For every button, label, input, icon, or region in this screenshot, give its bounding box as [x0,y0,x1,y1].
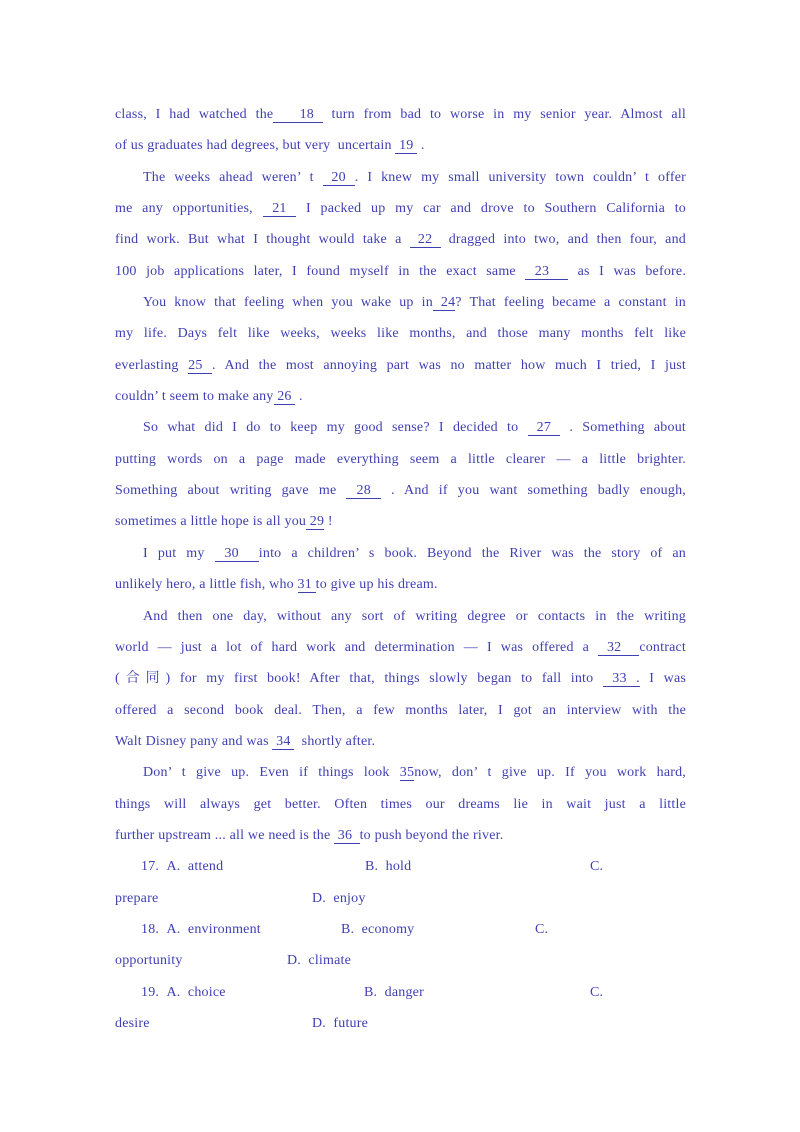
cloze-blank: 26 [274,389,296,405]
text-run: to give up his dream. [316,577,438,592]
options-line: 18. A. environmentB. economyC. [115,914,686,945]
cloze-blank: 29 [306,514,324,530]
text-line: The weeks ahead weren’ t 20 . I knew my … [115,162,686,193]
text-line: me any opportunities, 21 I packed up my … [115,193,686,224]
option-cell: B. economy [341,914,414,945]
text-line: find work. But what I thought would take… [115,224,686,255]
option-cell: B. hold [365,851,411,882]
cloze-blank: 32 [598,640,639,656]
text-run: shortly after. [294,734,375,749]
text-run: unlikely hero, a little fish, who [115,577,298,592]
text-run: me any opportunities, [115,201,263,216]
text-line: class, I had watched the 18 turn from ba… [115,99,686,130]
cloze-blank: 21 [263,201,297,217]
cloze-blank: 24 [433,295,455,311]
text-line: I put my 30 into a children’ s book. Bey… [115,538,686,569]
text-run: You know that feeling when you wake up i… [143,295,433,310]
text-line: couldn’ t seem to make any 26 . [115,381,686,412]
exam-document-page: class, I had watched the 18 turn from ba… [0,0,800,1132]
text-run: now, don’ t give up. If you work hard, [414,765,686,780]
text-run: couldn’ t seem to make any [115,389,274,404]
option-cell: D. future [312,1008,368,1039]
text-run: I packed up my car and drove to Southern… [296,201,686,216]
text-line: of us graduates had degrees, but very un… [115,130,686,161]
option-cell: prepare [115,883,158,914]
cloze-blank: 33 . [603,671,640,687]
cloze-blank: 25 [188,358,212,374]
options-line: 19. A. choiceB. dangerC. [115,977,686,1008]
text-run: as I was before. [568,264,686,279]
text-run: ? That feeling became a constant in [455,295,686,310]
option-cell: C. [535,914,548,945]
document-lines: class, I had watched the 18 turn from ba… [115,99,686,1039]
cloze-blank: 30 [215,546,259,562]
text-run: find work. But what I thought would take… [115,232,410,247]
text-run: Something about writing gave me [115,483,346,498]
text-line: You know that feeling when you wake up i… [115,287,686,318]
text-line: Something about writing gave me 28 . And… [115,475,686,506]
text-run: Walt Disney pany and was [115,734,272,749]
text-line: offered a second book deal. Then, a few … [115,695,686,726]
option-cell: 19. A. choice [141,977,226,1008]
text-line: unlikely hero, a little fish, who 31 to … [115,569,686,600]
text-run: Don’ t give up. Even if things look [143,765,400,780]
text-line: So what did I do to keep my good sense? … [115,412,686,443]
text-line: things will always get better. Often tim… [115,789,686,820]
option-cell: opportunity [115,945,183,976]
cloze-blank: 22 [410,232,441,248]
cloze-blank: 20 [323,170,355,186]
option-cell: B. danger [364,977,424,1008]
text-run: . [417,138,424,153]
text-run: further upstream ... all we need is the [115,828,334,843]
text-run: dragged into two, and then four, and [441,232,686,247]
text-run: contract [639,640,686,655]
cloze-blank: 23 [525,264,568,280]
option-cell: 18. A. environment [141,914,261,945]
text-run: of us graduates had degrees, but very un… [115,138,395,153]
option-cell: D. enjoy [312,883,366,914]
text-run: everlasting [115,358,188,373]
text-run: putting words on a page made everything … [115,452,686,467]
text-run: ! [324,514,333,529]
text-run: sometimes a little hope is all you [115,514,306,529]
text-line: And then one day, without any sort of wr… [115,601,686,632]
text-line: everlasting 25 . And the most annoying p… [115,350,686,381]
text-run: my life. Days felt like weeks, weeks lik… [115,326,686,341]
option-cell: 17. A. attend [141,851,223,882]
option-cell: D. climate [287,945,351,976]
text-line: putting words on a page made everything … [115,444,686,475]
cloze-blank: 28 [346,483,381,499]
text-line: 100 job applications later, I found myse… [115,256,686,287]
text-line: my life. Days felt like weeks, weeks lik… [115,318,686,349]
text-line: (合同) for my first book! After that, thin… [115,663,686,694]
text-line: sometimes a little hope is all you 29 ! [115,506,686,537]
text-run: (合同) for my first book! After that, thin… [115,671,603,686]
text-run: into a children’ s book. Beyond the Rive… [259,546,686,561]
text-run: offered a second book deal. Then, a few … [115,703,686,718]
cloze-blank: 31 [298,577,316,593]
cloze-blank: 34 [272,734,294,750]
text-line: world — just a lot of hard work and dete… [115,632,686,663]
options-line: prepareD. enjoy [115,883,686,914]
text-run: So what did I do to keep my good sense? … [143,420,528,435]
text-run: turn from bad to worse in my senior year… [323,107,686,122]
text-run: . Something about [560,420,686,435]
text-run: The weeks ahead weren’ t [143,170,323,185]
options-line: desireD. future [115,1008,686,1039]
text-run: . [295,389,302,404]
text-run: . And if you want something badly enough… [381,483,686,498]
text-run: . And the most annoying part was no matt… [212,358,686,373]
options-line: opportunityD. climate [115,945,686,976]
cloze-blank: 35 [400,765,414,781]
option-cell: C. [590,851,603,882]
cloze-blank: 36 [334,828,360,844]
text-run: class, I had watched the [115,107,273,122]
text-run: I put my [143,546,215,561]
text-run: I was [640,671,686,686]
text-run: to push beyond the river. [360,828,504,843]
text-run: . I knew my small university town couldn… [355,170,686,185]
text-line: Walt Disney pany and was 34 shortly afte… [115,726,686,757]
options-line: 17. A. attendB. holdC. [115,851,686,882]
cloze-blank: 19 [395,138,417,154]
text-line: further upstream ... all we need is the … [115,820,686,851]
cloze-blank: 18 [273,107,322,123]
text-run: world — just a lot of hard work and dete… [115,640,598,655]
text-run: things will always get better. Often tim… [115,797,686,812]
text-line: Don’ t give up. Even if things look 35no… [115,757,686,788]
option-cell: desire [115,1008,150,1039]
cloze-blank: 27 [528,420,561,436]
text-run: And then one day, without any sort of wr… [143,609,686,624]
text-run: 100 job applications later, I found myse… [115,264,525,279]
option-cell: C. [590,977,603,1008]
